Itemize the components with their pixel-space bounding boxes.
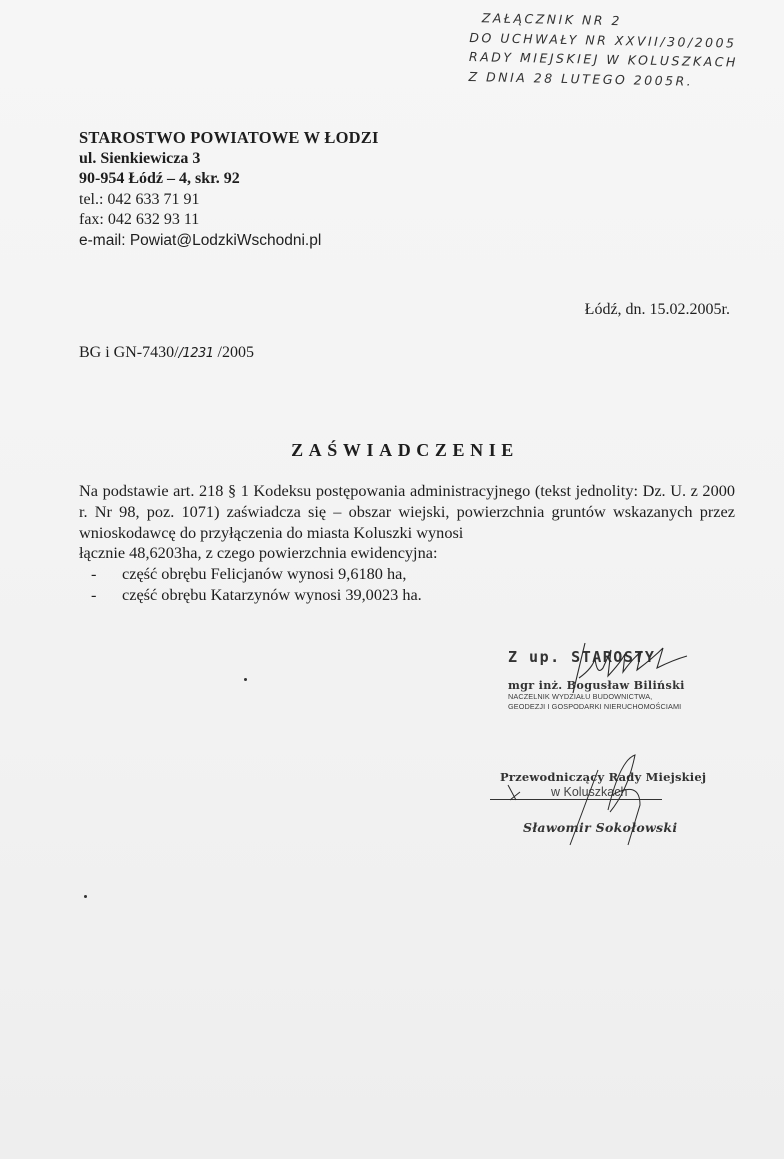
handwritten-annex-note: ZAŁĄCZNIK NR 2 DO UCHWAŁY NR XXVII/30/20… (468, 8, 784, 93)
handwritten-signature-icon (500, 750, 720, 850)
reference-prefix: BG i GN-7430/ (79, 344, 179, 361)
signer-name: mgr inż. Bogusław Biliński (508, 678, 708, 692)
council-name: w Koluszkach (500, 785, 720, 799)
sender-email: e-mail: Powiat@LodzkiWschodni.pl (79, 231, 379, 252)
signature-starosta: Z up. STAROSTY mgr inż. Bogusław Bilińsk… (508, 648, 708, 712)
stray-mark (244, 678, 247, 681)
sender-phone: tel.: 042 633 71 91 (79, 190, 379, 211)
document-date: Łódź, dn. 15.02.2005r. (585, 301, 730, 319)
list-dash: - (91, 564, 96, 585)
list-dash: - (91, 585, 96, 606)
area-list: - część obrębu Felicjanów wynosi 9,6180 … (79, 564, 735, 606)
list-item-text: część obrębu Felicjanów wynosi 9,6180 ha… (122, 564, 406, 583)
chair-title: Przewodniczący Rady Miejskiej (500, 770, 720, 784)
stamp-heading: Z up. STAROSTY (508, 648, 708, 666)
signer-position: GEODEZJI I GOSPODARKI NIERUCHOMOŚCIAMI (508, 702, 708, 712)
body-paragraph-last-line: łącznie 48,6203ha, z czego powierzchnia … (79, 543, 735, 564)
sender-street: ul. Sienkiewicza 3 (79, 149, 379, 170)
list-item: - część obrębu Katarzynów wynosi 39,0023… (79, 585, 735, 606)
document-body: Na podstawie art. 218 § 1 Kodeksu postęp… (79, 481, 735, 606)
signer-position: NACZELNIK WYDZIAŁU BUDOWNICTWA, (508, 692, 708, 702)
list-item-text: część obrębu Katarzynów wynosi 39,0023 h… (122, 585, 422, 604)
reference-suffix: /2005 (214, 344, 254, 361)
reference-handwritten-number: /1231 (179, 346, 214, 361)
sender-organization: STAROSTWO POWIATOWE W ŁODZI (79, 128, 379, 149)
sender-fax: fax: 042 632 93 11 (79, 210, 379, 231)
document-title: ZAŚWIADCZENIE (0, 440, 784, 461)
body-paragraph: Na podstawie art. 218 § 1 Kodeksu postęp… (79, 481, 735, 543)
signature-line (490, 799, 662, 800)
sender-postal: 90-954 Łódź – 4, skr. 92 (79, 169, 379, 190)
list-item: - część obrębu Felicjanów wynosi 9,6180 … (79, 564, 735, 585)
sender-block: STAROSTWO POWIATOWE W ŁODZI ul. Sienkiew… (79, 128, 379, 251)
stray-mark (84, 895, 87, 898)
reference-number: BG i GN-7430//1231 /2005 (79, 344, 254, 362)
signature-council-chair: Przewodniczący Rady Miejskiej w Koluszka… (500, 770, 720, 835)
chair-name: Sławomir Sokołowski (500, 820, 720, 835)
